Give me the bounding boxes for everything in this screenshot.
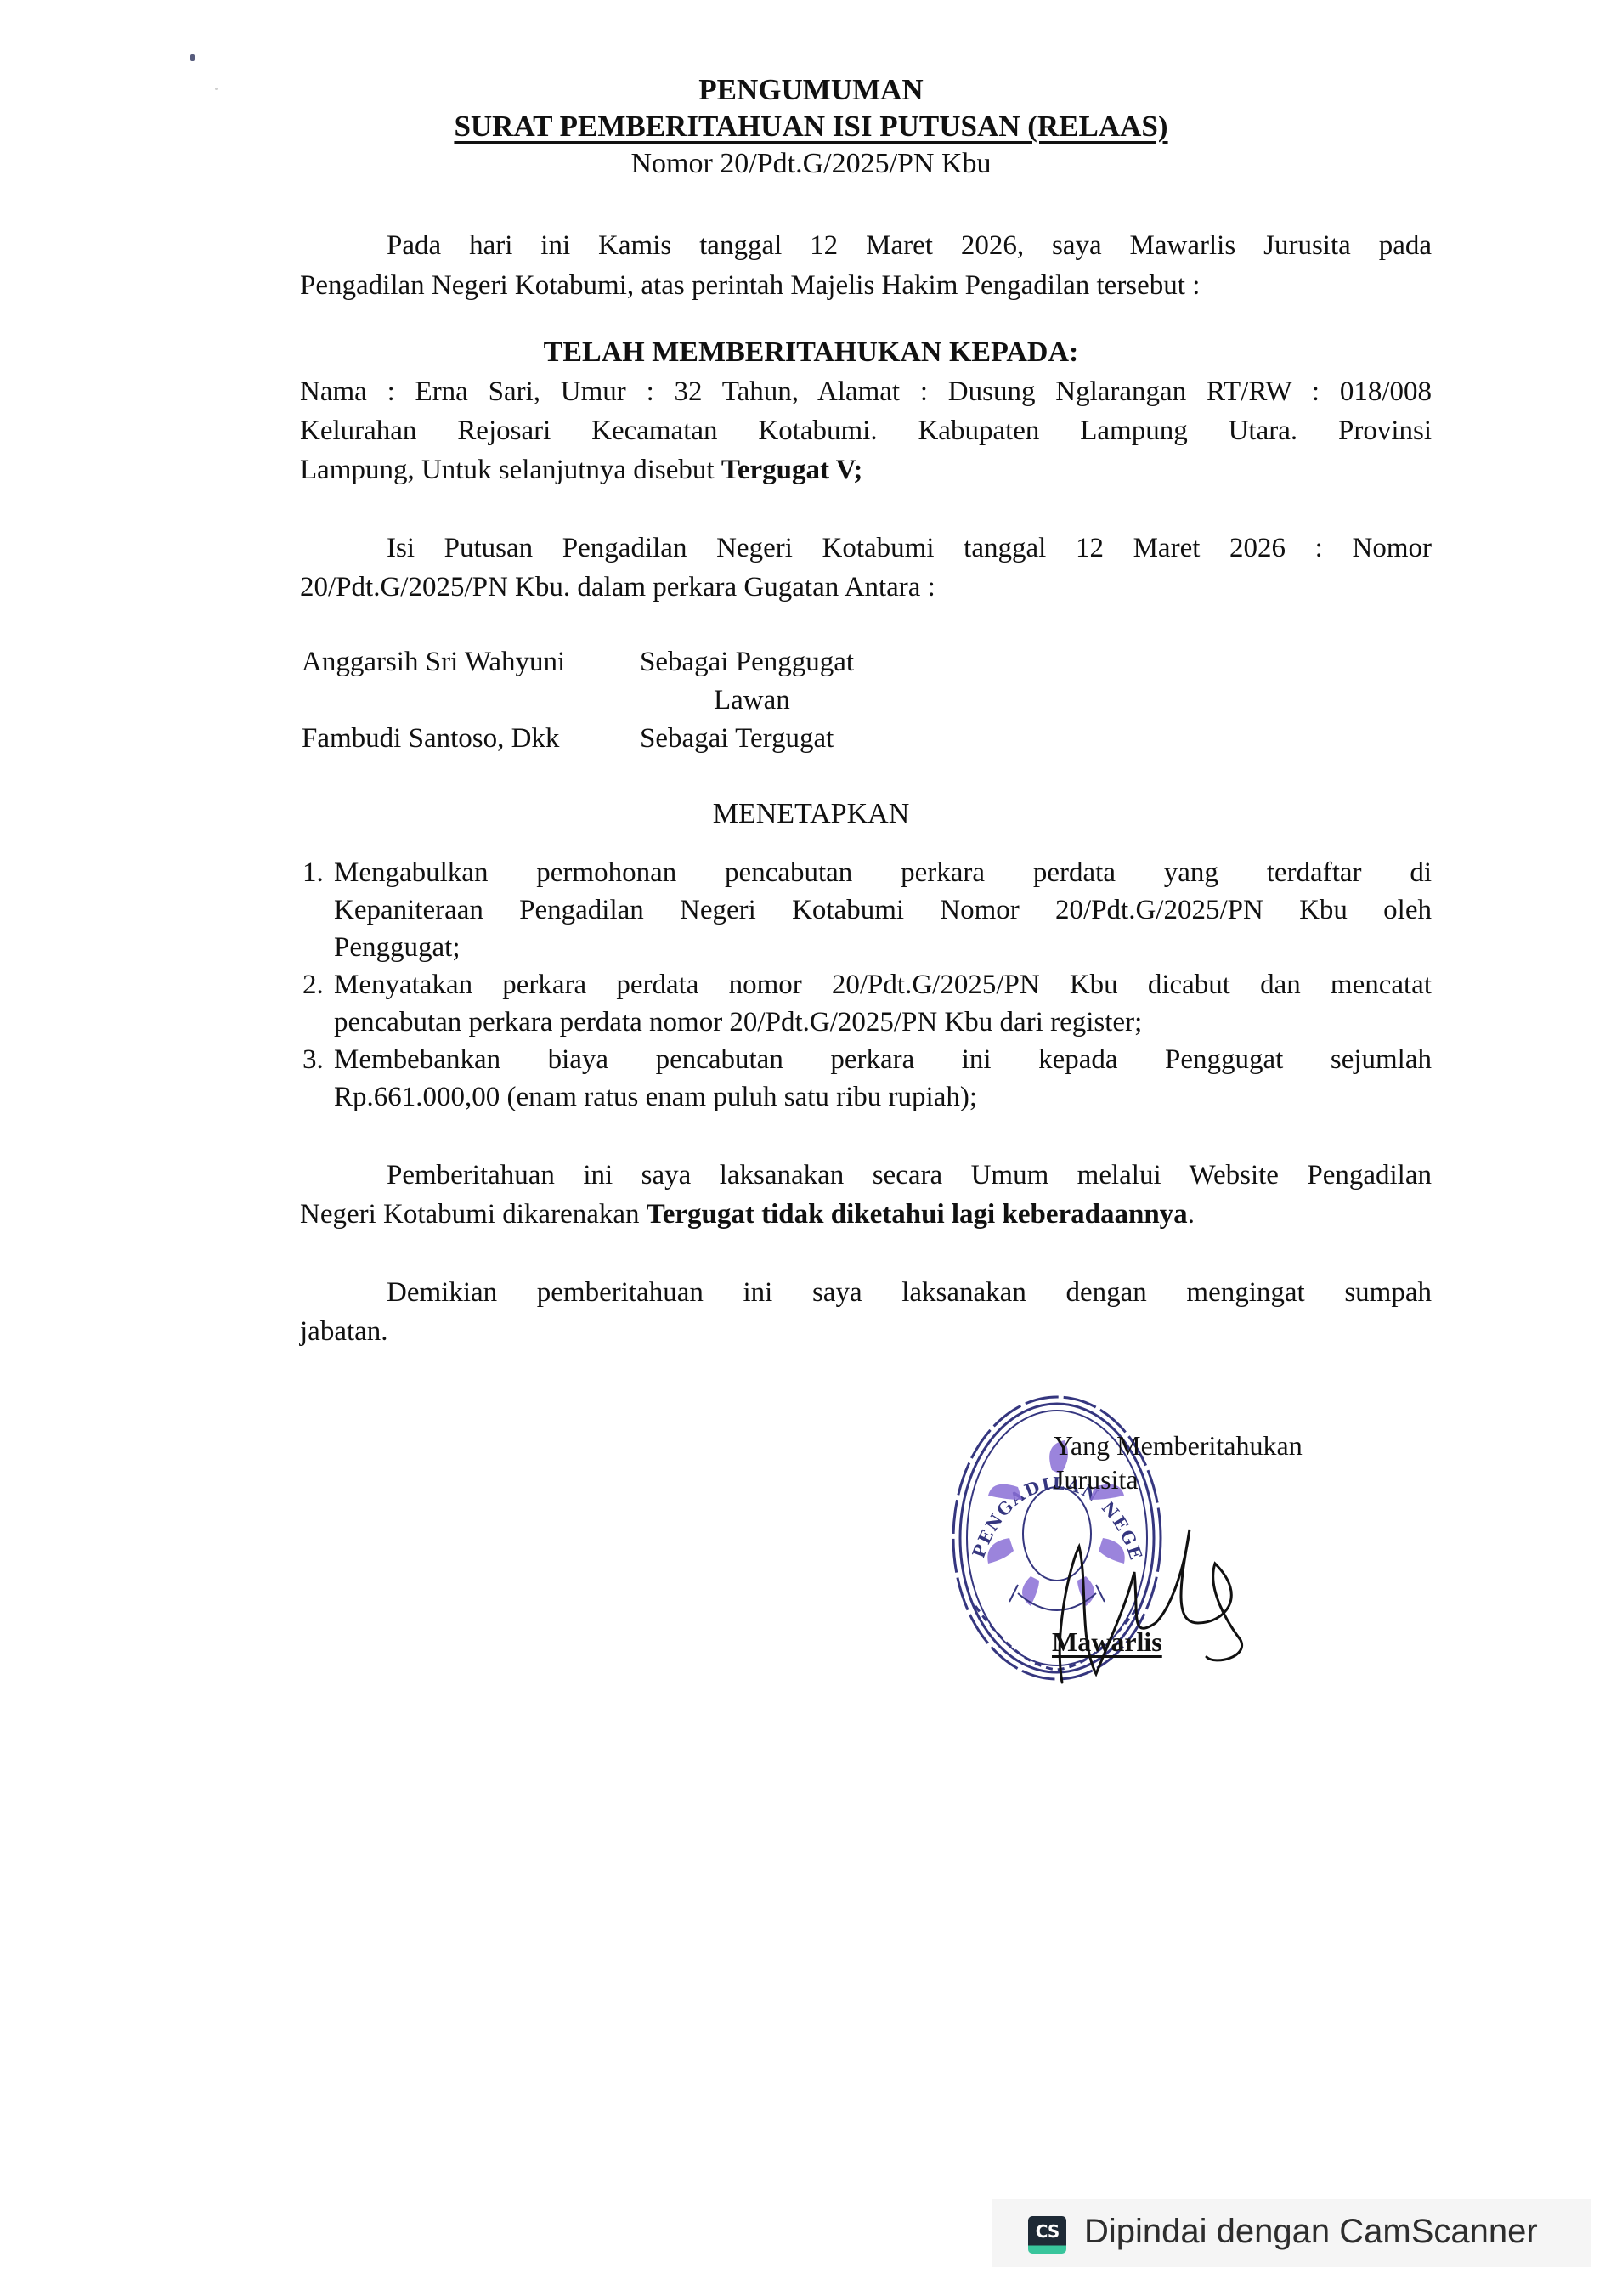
document-page: PENGUMUMAN SURAT PEMBERITAHUAN ISI PUTUS… [0, 0, 1622, 2296]
handwritten-signature-icon [1045, 1513, 1266, 1691]
verdict-intro-line-1: Isi Putusan Pengadilan Negeri Kotabumi t… [387, 534, 1432, 563]
ruling-item-number: 3. [302, 1044, 324, 1076]
opening-line-2: Pengadilan Negeri Kotabumi, atas perinta… [300, 272, 1200, 300]
scan-speck [190, 54, 195, 61]
ruling-item-2-line-2: pencabutan perkara perdata nomor 20/Pdt.… [334, 1007, 1432, 1038]
recipient-heading: TELAH MEMBERITAHUKAN KEPADA: [0, 338, 1622, 367]
signature-label: Yang Memberitahukan [1054, 1430, 1303, 1462]
ruling-item-1-line-3: Penggugat; [334, 932, 1432, 964]
ruling-item-3-line-1: Membebankan biaya pencabutan perkara ini… [334, 1044, 1432, 1076]
notice-line-2-text: Negeri Kotabumi dikarenakan [300, 1199, 647, 1230]
recipient-line-3-text: Lampung, Untuk selanjutnya disebut [300, 455, 721, 485]
defendant-role: Sebagai Tergugat [640, 725, 834, 753]
document-title: PENGUMUMAN [0, 75, 1622, 105]
notice-line-2: Negeri Kotabumi dikarenakan Tergugat tid… [300, 1201, 1195, 1229]
signature-position: Jurusita [1054, 1464, 1139, 1496]
camscanner-text: Dipindai dengan CamScanner [1084, 2213, 1538, 2250]
opening-line-1: Pada hari ini Kamis tanggal 12 Maret 202… [387, 232, 1432, 260]
recipient-line-2: Kelurahan Rejosari Kecamatan Kotabumi. K… [300, 417, 1432, 445]
signatory-name: Mawarlis [1052, 1626, 1162, 1658]
document-subtitle: SURAT PEMBERITAHUAN ISI PUTUSAN (RELAAS) [0, 111, 1622, 141]
camscanner-logo-icon: CS [1028, 2216, 1066, 2254]
recipient-line-1: Nama : Erna Sari, Umur : 32 Tahun, Alama… [300, 378, 1432, 406]
versus-label: Lawan [714, 687, 790, 715]
ruling-item-1-line-1: Mengabulkan permohonan pencabutan perkar… [334, 857, 1432, 889]
plaintiff-role: Sebagai Penggugat [640, 648, 854, 676]
notice-line-1: Pemberitahuan ini saya laksanakan secara… [387, 1162, 1432, 1190]
recipient-line-3: Lampung, Untuk selanjutnya disebut Tergu… [300, 456, 862, 484]
camscanner-watermark: CS Dipindai dengan CamScanner [992, 2199, 1591, 2267]
closing-line-2: jabatan. [300, 1318, 388, 1346]
ruling-item-number: 1. [302, 857, 324, 889]
ruling-item-3-line-2: Rp.661.000,00 (enam ratus enam puluh sat… [334, 1082, 1432, 1113]
notice-emphasis: Tergugat tidak diketahui lagi keberadaan… [647, 1199, 1188, 1230]
ruling-heading: MENETAPKAN [0, 800, 1622, 828]
ruling-item-1-line-2: Kepaniteraan Pengadilan Negeri Kotabumi … [334, 895, 1432, 926]
case-number: Nomor 20/Pdt.G/2025/PN Kbu [0, 150, 1622, 178]
defendant-name: Fambudi Santoso, Dkk [302, 725, 559, 753]
plaintiff-name: Anggarsih Sri Wahyuni [302, 648, 565, 676]
ruling-item-2-line-1: Menyatakan perkara perdata nomor 20/Pdt.… [334, 970, 1432, 1001]
verdict-intro-line-2: 20/Pdt.G/2025/PN Kbu. dalam perkara Guga… [300, 574, 935, 602]
defendant-designation: Tergugat V; [721, 455, 863, 485]
notice-period: . [1188, 1199, 1195, 1230]
ruling-item-number: 2. [302, 970, 324, 1001]
closing-line-1: Demikian pemberitahuan ini saya laksanak… [387, 1279, 1432, 1307]
